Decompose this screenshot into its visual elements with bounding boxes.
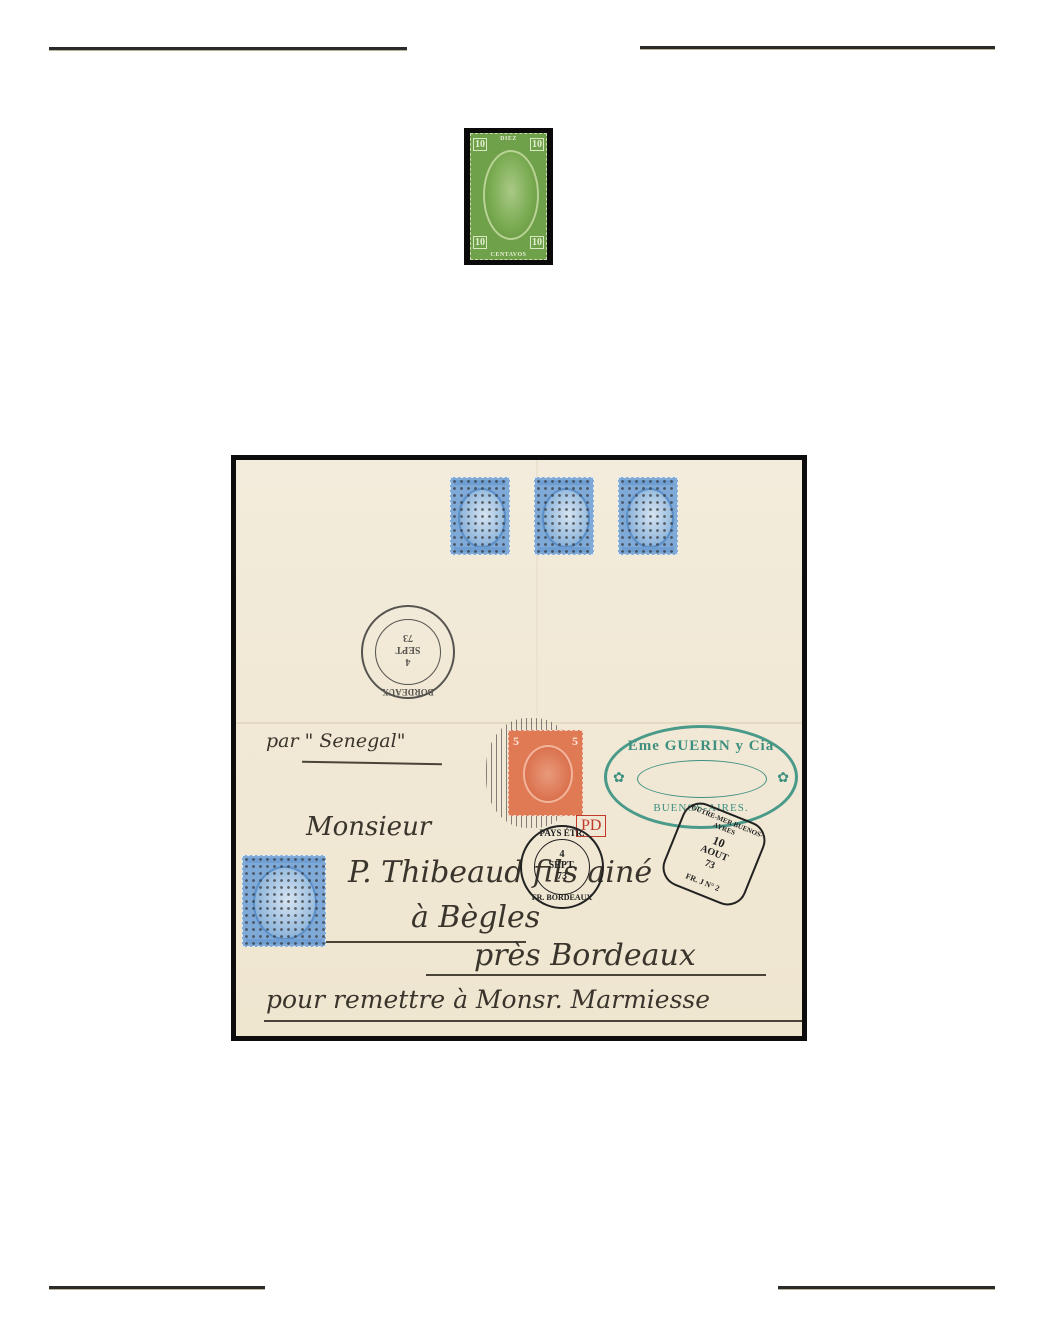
french-ceres-stamp: [242, 855, 326, 947]
bottom-right-rule: [778, 1286, 995, 1290]
stamp-denomination: 10: [530, 236, 544, 249]
pays-etr-bordeaux-postmark: PAYS ÉTR. 4 SEPT. 73 FR. BORDEAUX: [520, 825, 604, 909]
routing-note: par " Senegal": [266, 730, 405, 752]
address-line: P. Thibeaud fils ainé: [348, 855, 652, 890]
postal-cover-image: BORDEAUX 4 SEPT 73 par " Senegal" 5 5 PD…: [231, 455, 807, 1041]
bordeaux-backstamp: BORDEAUX 4 SEPT 73: [361, 605, 455, 699]
cover-paper: BORDEAUX 4 SEPT 73 par " Senegal" 5 5 PD…: [236, 460, 802, 1036]
address-line: Monsieur: [306, 812, 431, 842]
french-ceres-stamp: [618, 477, 678, 555]
stamp-denomination: 10: [530, 138, 544, 151]
address-line: pour remettre à Monsr. Marmiesse: [266, 985, 710, 1014]
underline: [302, 761, 442, 765]
underline: [426, 974, 766, 976]
address-line: près Bordeaux: [474, 938, 696, 973]
stamp-denomination: 10: [473, 138, 487, 151]
argentina-5c-stamp: 5 5: [508, 730, 583, 816]
portrait-oval: [483, 150, 539, 240]
argentina-10c-stamp-image: DIEZ 10 10 10 10 CENTAVOS: [464, 128, 553, 265]
underline: [264, 1020, 802, 1022]
stamp-denomination: 10: [473, 236, 487, 249]
bottom-left-rule: [49, 1286, 265, 1290]
top-left-rule: [49, 47, 407, 51]
top-right-rule: [640, 46, 995, 50]
stamp-currency-label: CENTAVOS: [471, 252, 546, 258]
french-ceres-stamp: [534, 477, 594, 555]
french-ceres-stamp: [450, 477, 510, 555]
stamp-body: DIEZ 10 10 10 10 CENTAVOS: [470, 133, 547, 260]
address-line: à Bègles: [411, 900, 540, 935]
